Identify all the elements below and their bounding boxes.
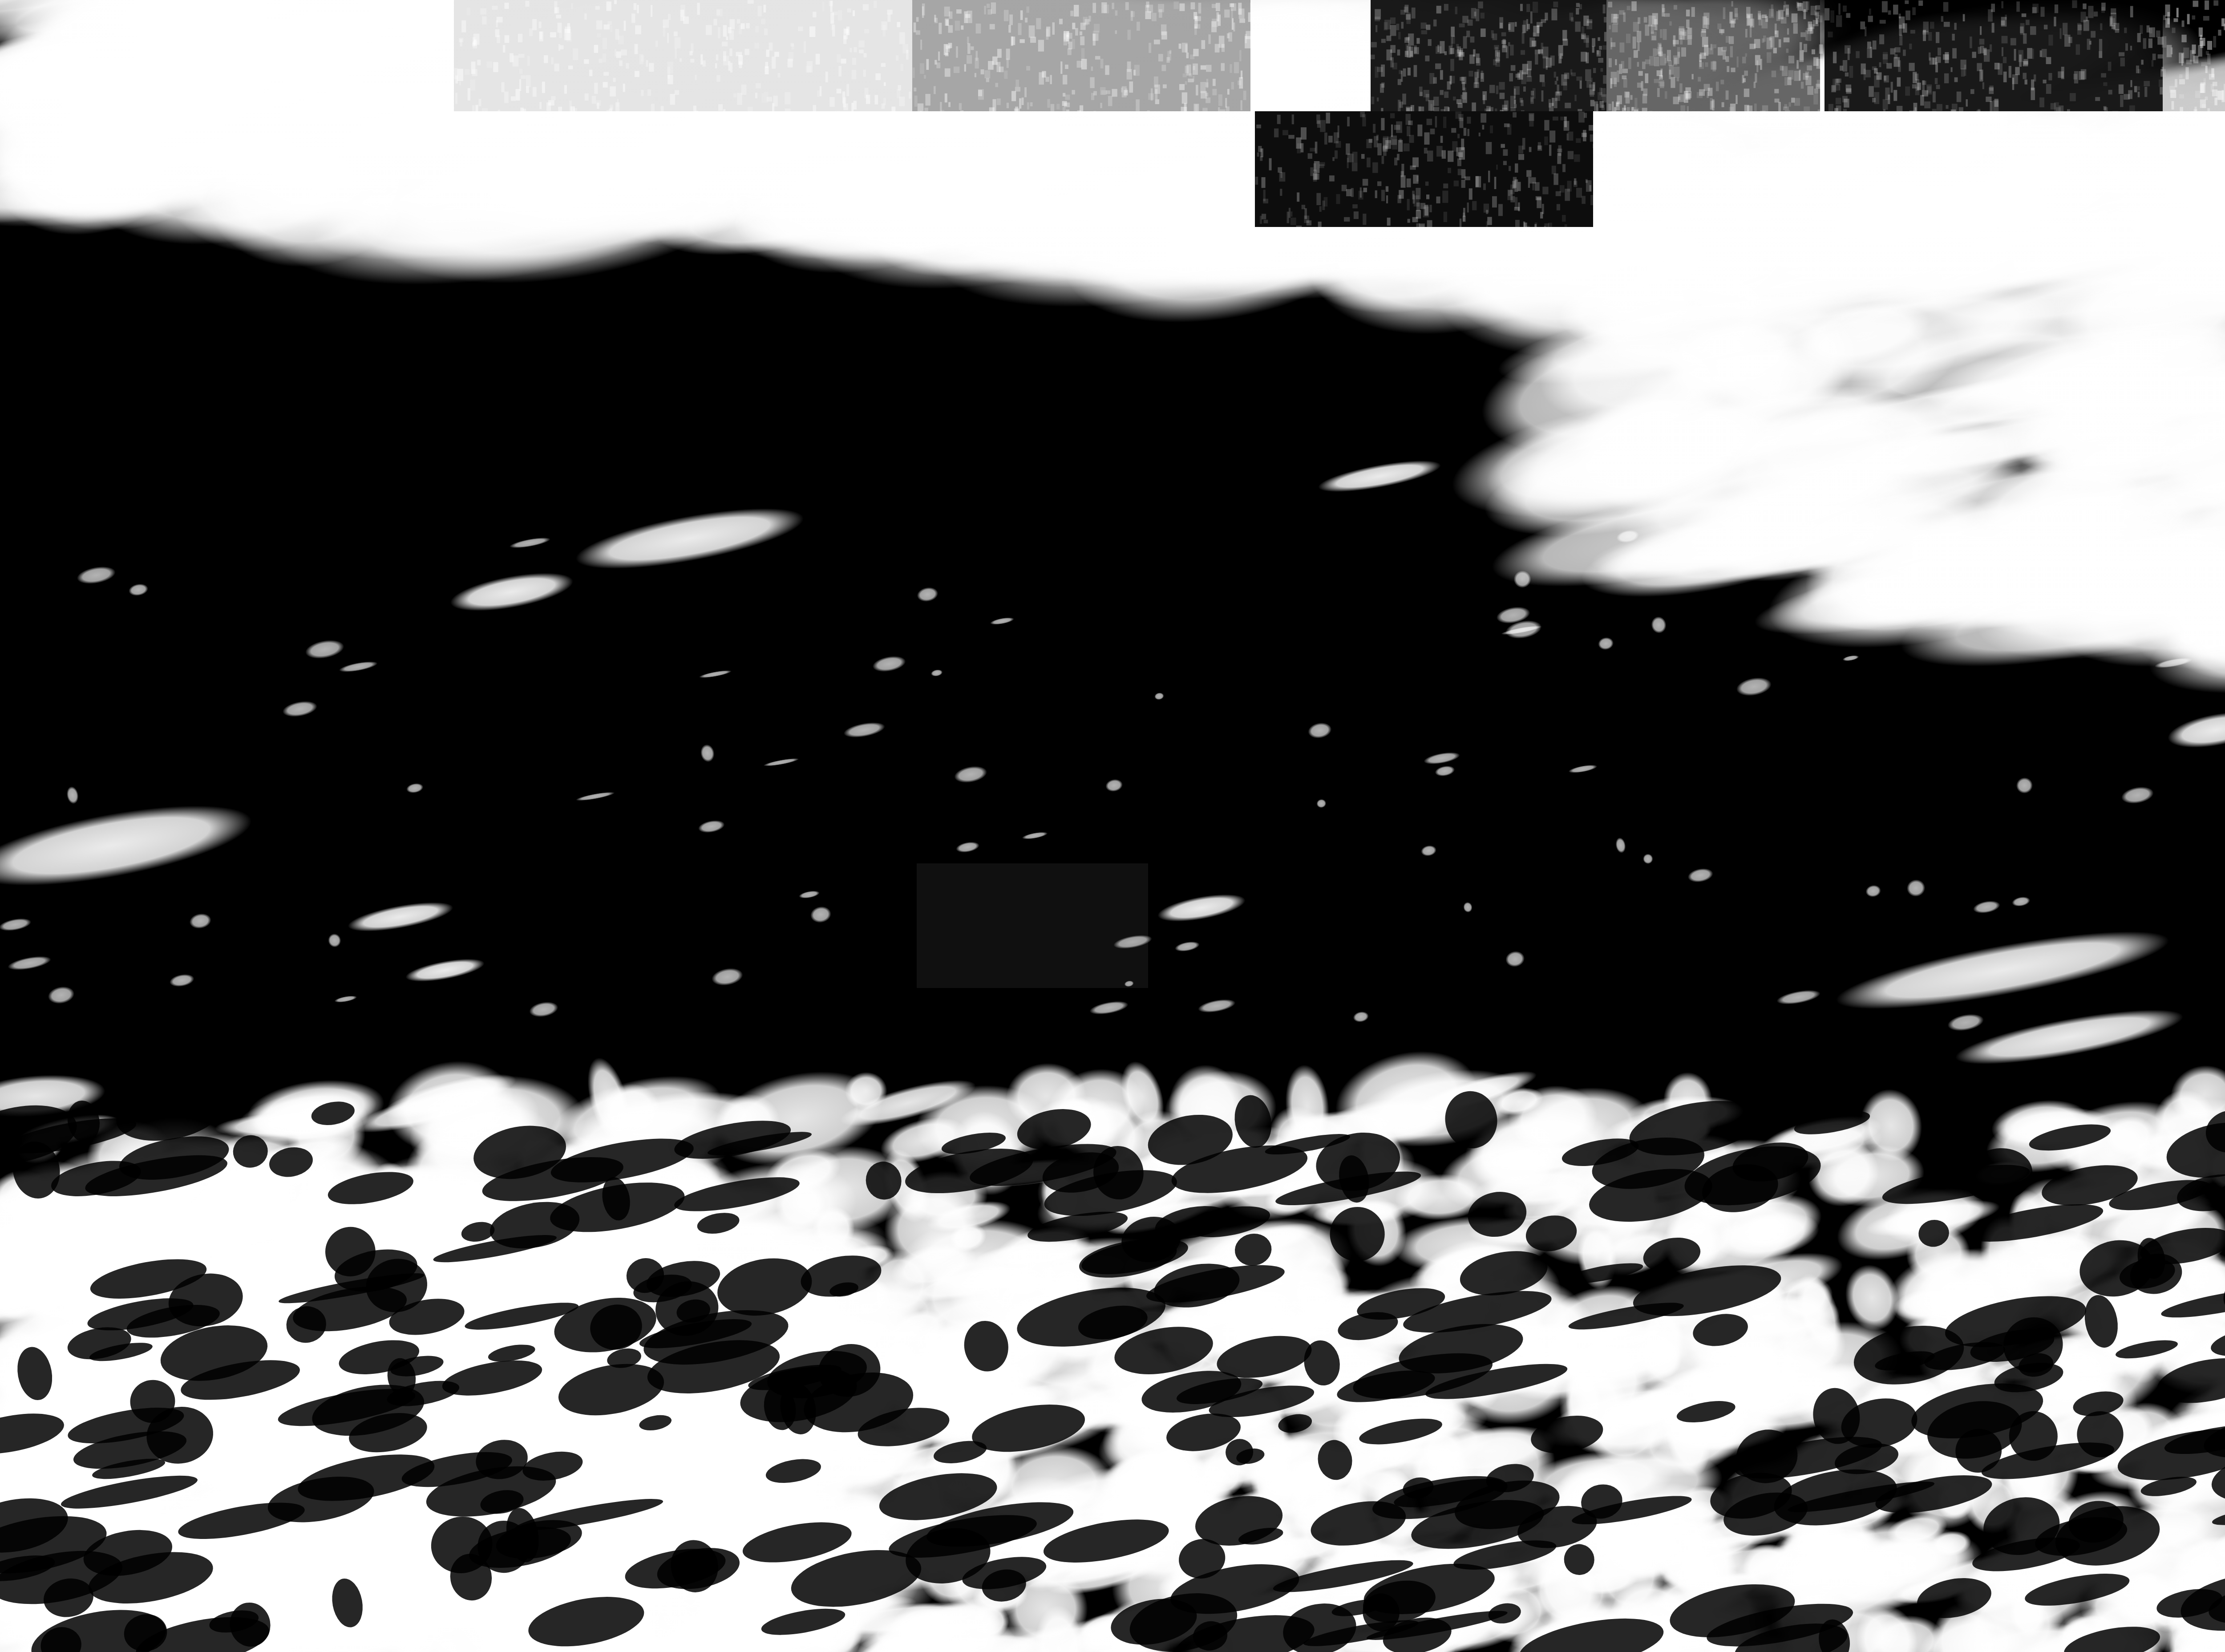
satellite-cloud-image bbox=[0, 0, 2225, 1652]
